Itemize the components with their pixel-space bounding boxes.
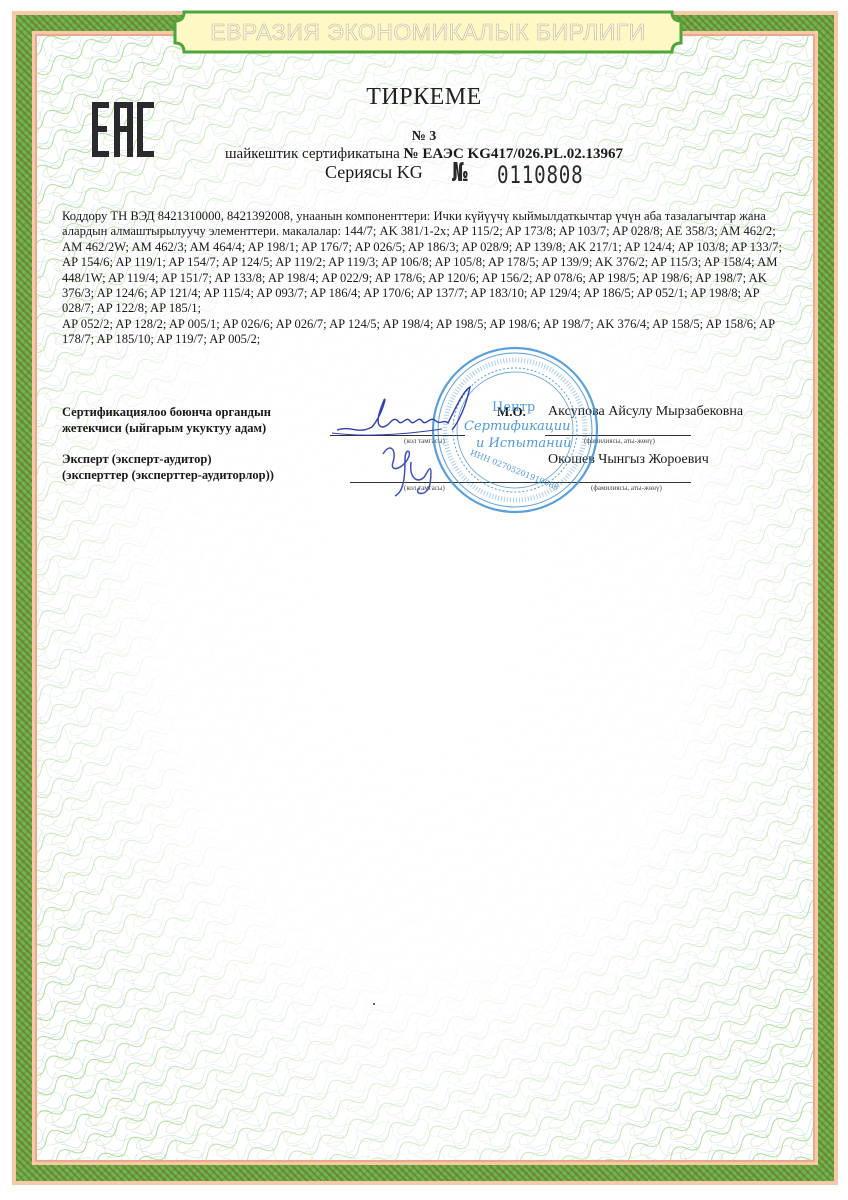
head-label: Сертификациялоо боюнча органдын жетекчис… [62,404,271,436]
head-label-line-1: Сертификациялоо боюнча органдын [62,404,271,420]
expert-name-caption: (фамилиясы, аты-жөнү) [591,484,662,492]
scan-artifact [373,1003,375,1005]
appendix-number: № 3 [0,129,848,145]
series-label: Сериясы KG [325,162,423,183]
product-description: Коддору ТН ВЭД 8421310000, 8421392008, у… [62,209,794,348]
svg-text:Центр: Центр [492,400,535,415]
expert-label-line-1: Эксперт (эксперт-аудитор) [62,451,274,467]
series-number-sign: № [452,158,468,188]
certificate-reference: шайкештик сертификатына № ЕАЭС KG417/026… [0,146,848,163]
expert-label: Эксперт (эксперт-аудитор) (эксперттер (э… [62,451,274,483]
document-body-area [37,36,813,1160]
series-number: 0110808 [497,161,584,189]
banner-title: ЕВРАЗИЯ ЭКОНОМИКАЛЫК БИРЛИГИ [172,19,684,46]
guilloche-background [37,36,813,1160]
expert-signature-icon [375,440,445,500]
page-title: ТИРКЕМЕ [0,84,848,111]
svg-text:и Испытаний: и Испытаний [476,436,571,451]
certificate-number: № ЕАЭС KG417/026.PL.02.13967 [404,146,623,162]
head-label-line-2: жетекчиси (ыйгарым укуктуу адам) [62,420,271,436]
certificate-prefix: шайкештик сертификатына [225,146,400,162]
product-list-paragraph-2: AP 052/2; AP 128/2; AP 005/1; AP 026/6; … [62,317,794,348]
svg-text:Сертификации: Сертификации [464,419,571,434]
expert-label-line-2: (эксперттер (эксперттер-аудиторлор)) [62,467,274,483]
product-list-paragraph-1: Коддору ТН ВЭД 8421310000, 8421392008, у… [62,209,794,317]
head-signature-icon [332,385,477,440]
svg-text:ИНН 02705201910088: ИНН 02705201910088 [469,448,560,492]
eurasian-union-banner: ЕВРАЗИЯ ЭКОНОМИКАЛЫК БИРЛИГИ [172,9,684,55]
